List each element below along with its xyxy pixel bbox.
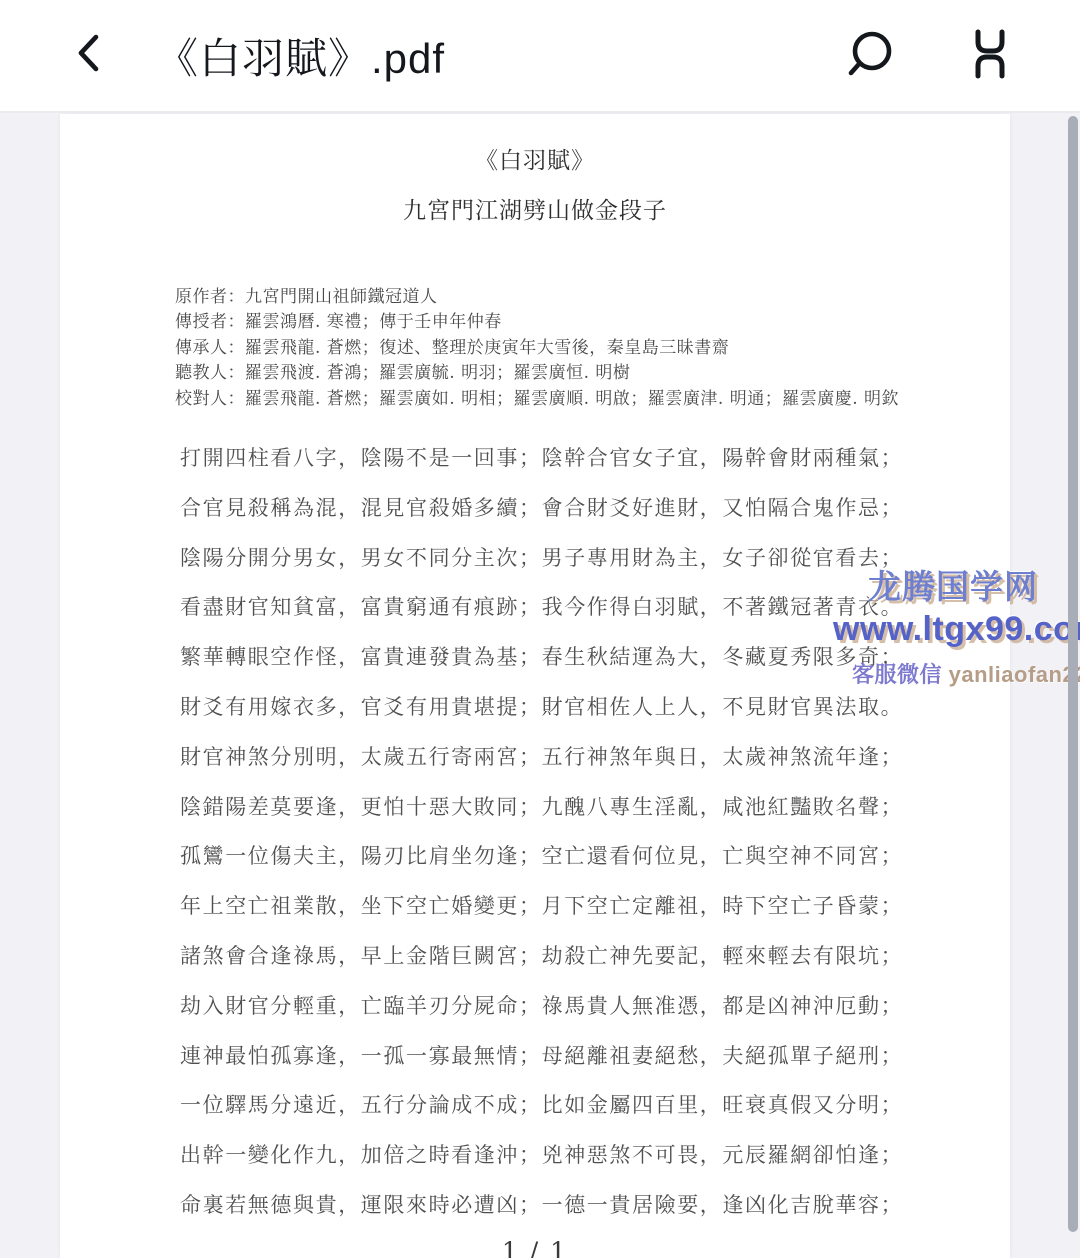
body-line: 財爻有用嫁衣多，官爻有用貴堪提；財官相佐人上人，不見財官異法取。 [180,683,970,733]
toolbar-actions [838,0,1080,113]
document-title: 《白羽賦》 [60,142,1010,175]
document-subtitle: 九宮門江湖劈山做金段子 [60,192,1010,225]
page-indicator: 1 / 1 [60,1237,1010,1258]
back-button[interactable] [60,26,120,86]
body-line: 年上空亡祖業散，坐下空亡婚變更；月下空亡定離祖，時下空亡子昏蒙； [180,882,970,932]
meta-block: 原作者：九宮門開山祖師鐵冠道人 傳授者：羅雲鴻曆. 寒禮；傳于壬申年仲春 傳承人… [175,285,940,412]
body-line: 劫入財官分輕重，亡臨羊刃分屍命；祿馬貴人無准憑，都是凶神沖厄動； [180,982,970,1032]
body-line: 看盡財官知貧富，富貴窮通有痕跡；我今作得白羽賦，不著鐵冠著青衣。 [180,583,970,633]
pdf-page: 《白羽賦》 九宮門江湖劈山做金段子 原作者：九宮門開山祖師鐵冠道人 傳授者：羅雲… [60,114,1010,1258]
meta-line: 聽教人：羅雲飛渡. 蒼鴻；羅雲廣毓. 明羽；羅雲廣恒. 明樹 [175,361,940,386]
scrollbar-thumb[interactable] [1068,116,1078,1232]
meta-line: 校對人：羅雲飛龍. 蒼燃；羅雲廣如. 明相；羅雲廣順. 明啟；羅雲廣津. 明通；… [175,387,940,412]
file-title: 《白羽賦》.pdf [156,26,445,86]
meta-line: 傳授者：羅雲鴻曆. 寒禮；傳于壬申年仲春 [175,310,940,335]
body-line: 連神最怕孤寡逢，一孤一寡最無情；母絕離祖妻絕愁，夫絕孤單子絕刑； [180,1032,970,1082]
convert-icon [961,25,1019,88]
pdf-viewer-screen: 《白羽賦》.pdf [0,0,1080,1258]
meta-line: 原作者：九宮門開山祖師鐵冠道人 [175,285,940,310]
search-icon [842,26,898,87]
meta-line: 傳承人：羅雲飛龍. 蒼燃；復述、整理於庚寅年大雪後，秦皇島三昧書齋 [175,336,940,361]
convert-button[interactable] [958,25,1022,89]
body-line: 一位驛馬分遠近，五行分論成不成；比如金屬四百里，旺衰真假又分明； [180,1081,970,1131]
toolbar: 《白羽賦》.pdf [0,0,1080,113]
body-line: 繁華轉眼空作怪，富貴連發貴為基；春生秋結運為大，冬藏夏秀限多奇； [180,633,970,683]
document-scroll-area[interactable]: 《白羽賦》 九宮門江湖劈山做金段子 原作者：九宮門開山祖師鐵冠道人 傳授者：羅雲… [0,113,1080,1258]
body-line: 合官見殺稱為混，混見官殺婚多續；會合財爻好進財，又怕隔合鬼作忌； [180,484,970,534]
body-line: 諸煞會合逢祿馬，早上金階巨闕宮；劫殺亡神先要記，輕來輕去有限坑； [180,932,970,982]
body-line: 出幹一變化作九，加倍之時看逢沖；兇神惡煞不可畏，元辰羅網卻怕逢； [180,1131,970,1181]
chevron-left-icon [67,30,113,81]
body-line: 陰錯陽差莫要逢，更怕十惡大敗同；九醜八專生淫亂，咸池紅豔敗名聲； [180,783,970,833]
body-line: 陰陽分開分男女，男女不同分主次；男子專用財為主，女子卻從官看去； [180,534,970,584]
body-line: 財官神煞分別明，太歲五行寄兩宮；五行神煞年與日，太歲神煞流年逢； [180,733,970,783]
body-line: 孤鸞一位傷夫主，陽刃比肩坐勿逢；空亡還看何位見，亡與空神不同宮； [180,832,970,882]
body-line: 命裏若無德與貴，運限來時必遭凶；一德一貴居險要，逢凶化吉脫華容； [180,1181,970,1231]
search-button[interactable] [838,25,902,89]
body-text-block: 打開四柱看八字，陰陽不是一回事；陰幹合官女子宜，陽幹會財兩種氣； 合官見殺稱為混… [180,434,970,1231]
body-line: 打開四柱看八字，陰陽不是一回事；陰幹合官女子宜，陽幹會財兩種氣； [180,434,970,484]
